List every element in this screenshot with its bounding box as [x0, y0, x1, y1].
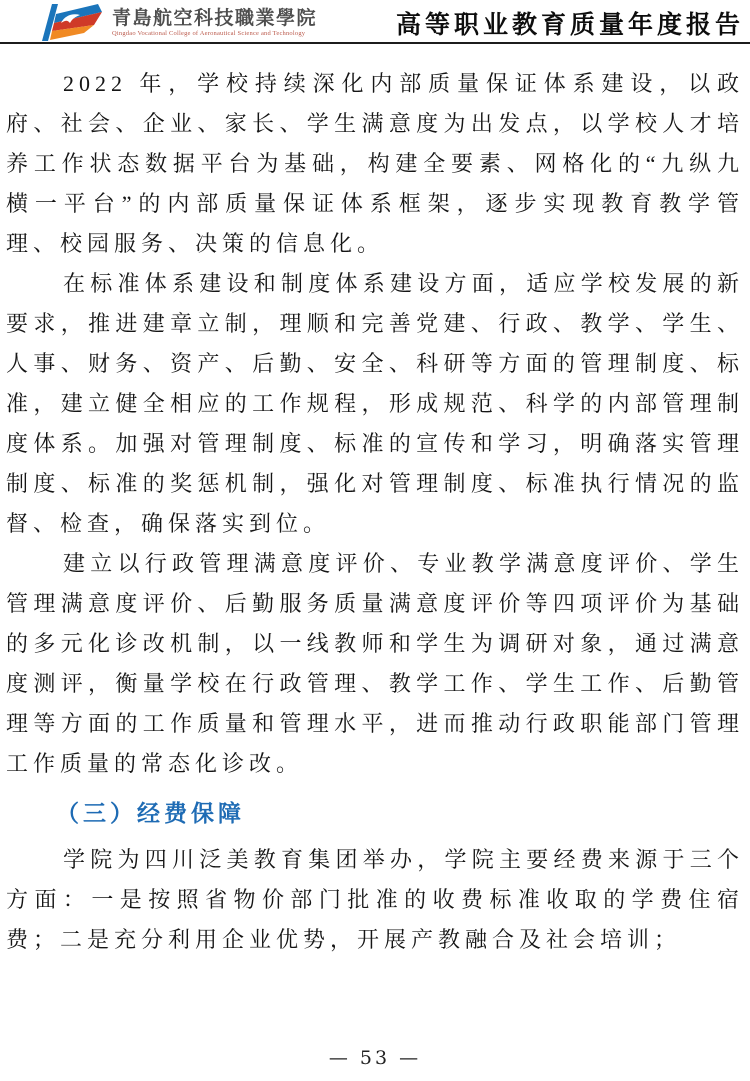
school-name-cn: 青島航空科技職業學院	[112, 8, 317, 30]
document-body: 2022 年，学校持续深化内部质量保证体系建设，以政府、社会、企业、家长、学生满…	[0, 44, 750, 960]
school-name-block: 青島航空科技職業學院 Qingdao Vocational College of…	[112, 2, 317, 37]
school-name-en: Qingdao Vocational College of Aeronautic…	[112, 30, 317, 37]
document-page: 青島航空科技職業學院 Qingdao Vocational College of…	[0, 0, 750, 1081]
report-title: 高等职业教育质量年度报告	[396, 5, 744, 41]
page-number: — 53 —	[0, 1047, 750, 1069]
paragraph-funding-sources: 学院为四川泛美教育集团举办，学院主要经费来源于三个方面：一是按照省物价部门批准的…	[6, 840, 744, 960]
college-logo-icon	[34, 2, 106, 42]
section-heading-funding: （三）经费保障	[6, 797, 744, 831]
paragraph-standards-institutions: 在标准体系建设和制度体系建设方面，适应学校发展的新要求，推进建章立制，理顺和完善…	[6, 264, 744, 544]
college-logo: 青島航空科技職業學院 Qingdao Vocational College of…	[34, 2, 317, 42]
paragraph-satisfaction-evaluation: 建立以行政管理满意度评价、专业教学满意度评价、学生管理满意度评价、后勤服务质量满…	[6, 544, 744, 784]
page-header: 青島航空科技職業學院 Qingdao Vocational College of…	[0, 0, 750, 44]
paragraph-quality-system: 2022 年，学校持续深化内部质量保证体系建设，以政府、社会、企业、家长、学生满…	[6, 64, 744, 264]
